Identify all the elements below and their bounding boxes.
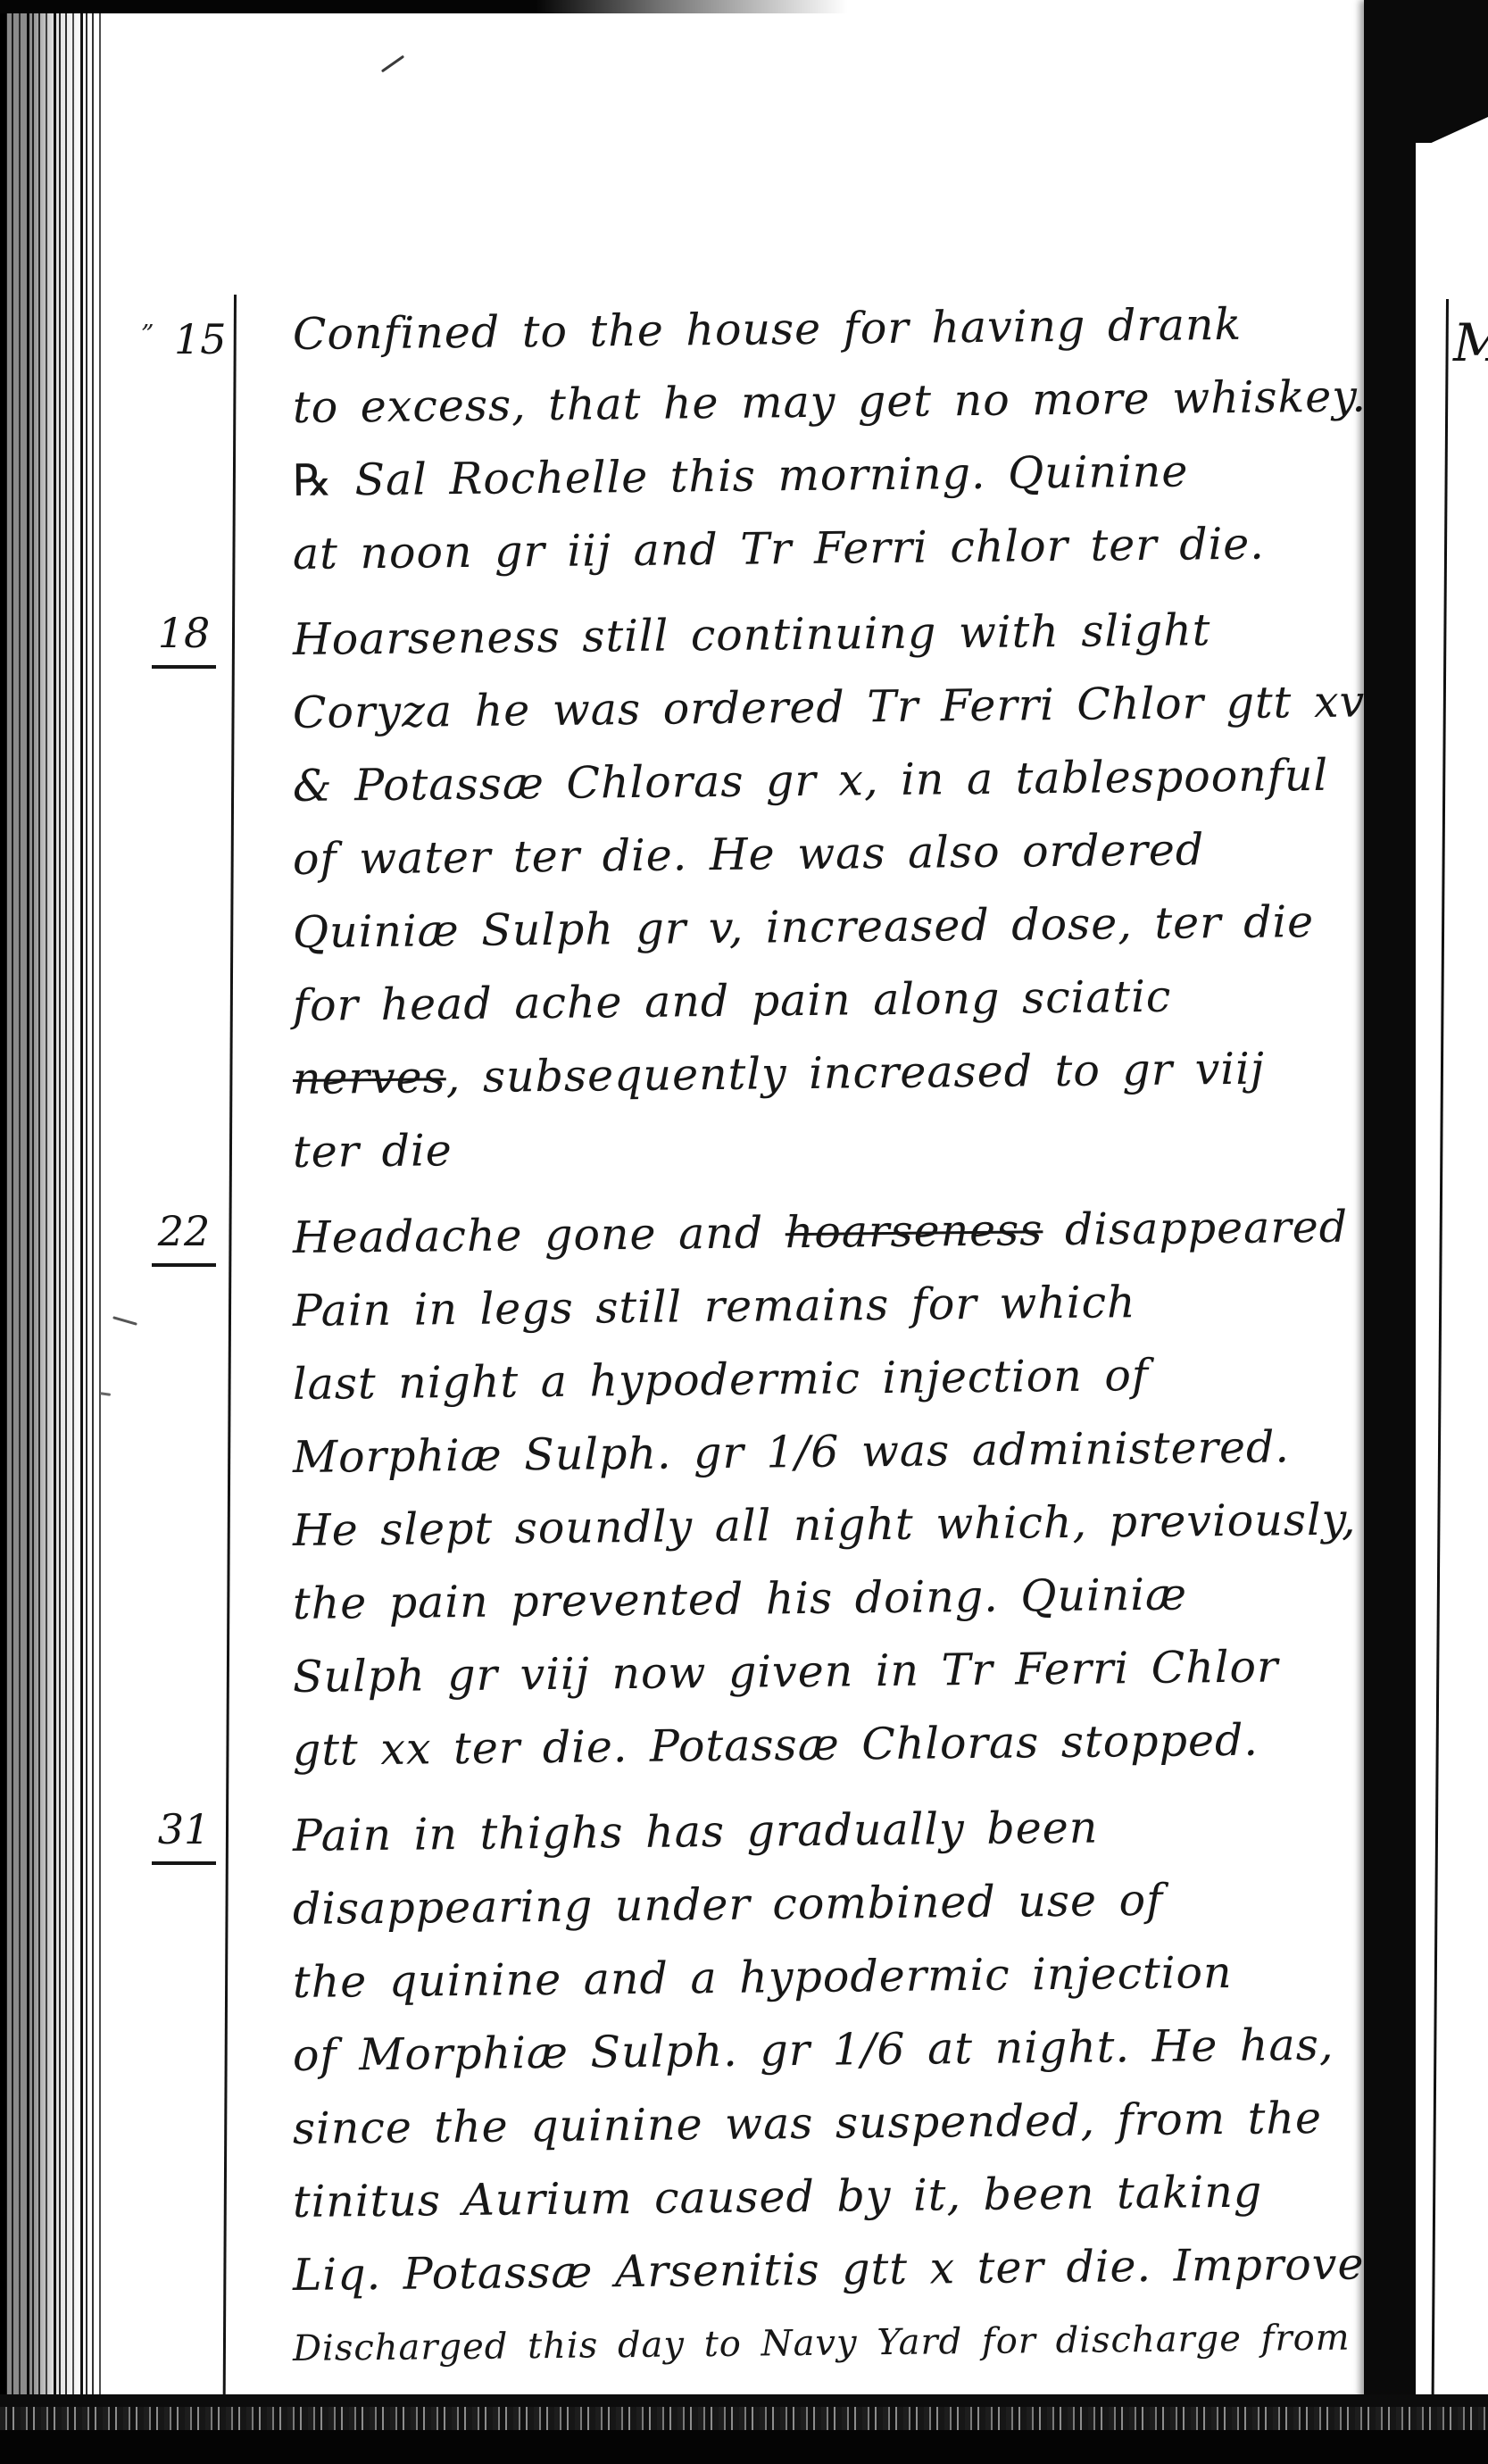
text-segment: & Potassæ Chloras gr x, in a tablespoonf… bbox=[293, 750, 1329, 812]
text-segment: the quinine and a hypodermic injection bbox=[293, 1947, 1233, 2008]
entry-lines: Pain in thighs has gradually beendisappe… bbox=[234, 1803, 1366, 2389]
entry-line: Discharged this day to Navy Yard for dis… bbox=[293, 2304, 1367, 2389]
entry-day-cell: 22 bbox=[134, 1205, 234, 1791]
entry-line: of Morphiæ Sulph. gr 1/6 at night. He ha… bbox=[293, 2011, 1367, 2096]
entry-line: He slept soundly all night which, previo… bbox=[293, 1486, 1367, 1571]
entry-line: nerves, subsequently increased to gr vii… bbox=[293, 1035, 1367, 1120]
top-right-scan-shadow bbox=[1416, 0, 1488, 150]
entry-line: Coryza he was ordered Tr Ferri Chlor gtt… bbox=[293, 669, 1367, 753]
text-segment: Pain in legs still remains for which bbox=[293, 1277, 1136, 1336]
text-segment: Morphiæ Sulph. gr 1/6 was administered. bbox=[293, 1421, 1291, 1483]
entry-day-cell: 31 bbox=[134, 1803, 234, 2389]
text-segment: ter die bbox=[293, 1125, 453, 1178]
struck-word: nerves bbox=[293, 1052, 446, 1104]
text-segment: gtt xx ter die. Potassæ Chloras stopped. bbox=[293, 1715, 1259, 1776]
entry-line: Pain in legs still remains for which bbox=[293, 1267, 1367, 1352]
struck-word: hoarseness bbox=[785, 1204, 1043, 1258]
text-segment: He slept soundly all night which, previo… bbox=[293, 1494, 1357, 1556]
entry-line: Pain in thighs has gradually been bbox=[293, 1792, 1367, 1877]
journal-entry: „15Confined to the house for having dran… bbox=[134, 302, 1366, 595]
bottom-edge-band bbox=[0, 2430, 1488, 2464]
text-segment: since the quinine was suspended, from th… bbox=[293, 2093, 1323, 2154]
entry-line: & Potassæ Chloras gr x, in a tablespoonf… bbox=[293, 742, 1367, 827]
entry-day-number: 22 bbox=[152, 1207, 217, 1267]
entry-line: Morphiæ Sulph. gr 1/6 was administered. bbox=[293, 1413, 1367, 1498]
scanned-journal-page: „15Confined to the house for having dran… bbox=[0, 0, 1488, 2464]
entry-line: Headache gone and hoarseness disappeared bbox=[293, 1194, 1367, 1278]
entry-line: Confined to the house for having drank bbox=[293, 290, 1367, 375]
ditto-mark: „ bbox=[141, 304, 154, 333]
entry-line: disappearing under combined use of bbox=[293, 1865, 1367, 1950]
entry-day-cell: 18 bbox=[134, 607, 234, 1193]
text-segment: last night a hypodermic injection of bbox=[293, 1350, 1150, 1410]
entry-lines: Hoarseness still continuing with slightC… bbox=[234, 607, 1366, 1193]
entry-line: of water ter die. He was also ordered bbox=[293, 815, 1367, 900]
entry-lines: Headache gone and hoarseness disappeared… bbox=[234, 1205, 1366, 1791]
entry-line: for head ache and pain along sciatic bbox=[293, 961, 1367, 1046]
text-segment: , subsequently increased to gr viij bbox=[445, 1044, 1265, 1103]
entry-line: tinitus Aurium caused by it, been taking bbox=[293, 2158, 1367, 2243]
text-segment: to excess, that he may get no more whisk… bbox=[293, 370, 1367, 433]
text-segment: of Morphiæ Sulph. gr 1/6 at night. He ha… bbox=[293, 2019, 1334, 2081]
bottom-scan-shadow bbox=[0, 2394, 1488, 2464]
entry-line: Sulph gr viij now given in Tr Ferri Chlo… bbox=[293, 1633, 1367, 1718]
entry-line: Liq. Potassæ Arsenitis gtt x ter die. Im… bbox=[293, 2231, 1367, 2316]
book-binding-edge bbox=[0, 0, 105, 2464]
next-page-fragment: Ma bbox=[1416, 143, 1488, 2464]
text-segment: Discharged this day to Navy Yard for dis… bbox=[293, 2316, 1488, 2369]
next-page-handwriting: Ma bbox=[1453, 312, 1488, 373]
entry-line: Hoarseness still continuing with slight bbox=[293, 595, 1367, 680]
text-segment: the pain prevented his doing. Quiniæ bbox=[293, 1569, 1188, 1629]
bottom-edge-texture bbox=[0, 2407, 1488, 2430]
text-segment: Coryza he was ordered Tr Ferri Chlor gtt… bbox=[293, 676, 1366, 738]
text-segment: Confined to the house for having drank bbox=[293, 299, 1243, 360]
entry-line: ter die bbox=[293, 1108, 1367, 1193]
text-segment: Sulph gr viij now given in Tr Ferri Chlo… bbox=[293, 1641, 1279, 1702]
text-segment: Quiniæ Sulph gr v, increased dose, ter d… bbox=[293, 896, 1315, 958]
text-segment: disappeared bbox=[1043, 1202, 1348, 1256]
bottom-edge-band bbox=[0, 2394, 1488, 2407]
entry-line: Quiniæ Sulph gr v, increased dose, ter d… bbox=[293, 888, 1367, 973]
entry-day-number: 31 bbox=[152, 1805, 217, 1865]
entry-lines: Confined to the house for having drankto… bbox=[234, 302, 1366, 595]
journal-entry: 31Pain in thighs has gradually beendisap… bbox=[134, 1803, 1366, 2389]
text-segment: disappearing under combined use of bbox=[293, 1875, 1164, 1935]
text-segment: Headache gone and bbox=[293, 1207, 786, 1263]
entry-day-number: 15 bbox=[174, 315, 227, 363]
entry-line: the pain prevented his doing. Quiniæ bbox=[293, 1560, 1367, 1644]
entry-line: gtt xx ter die. Potassæ Chloras stopped. bbox=[293, 1706, 1367, 1791]
entry-day-cell: „15 bbox=[134, 302, 234, 595]
top-scan-shadow bbox=[0, 0, 857, 13]
text-segment: Liq. Potassæ Arsenitis gtt x ter die. Im… bbox=[293, 2238, 1409, 2301]
stray-mark bbox=[381, 55, 404, 73]
journal-entry: 18Hoarseness still continuing with sligh… bbox=[134, 607, 1366, 1193]
entry-day-number: 18 bbox=[152, 609, 217, 669]
text-segment: Pain in thighs has gradually been bbox=[293, 1802, 1099, 1861]
entry-line: at noon gr iij and Tr Ferri chlor ter di… bbox=[293, 510, 1367, 595]
entry-line: ℞ Sal Rochelle this morning. Quinine bbox=[293, 437, 1367, 521]
text-segment: tinitus Aurium caused by it, been taking bbox=[293, 2167, 1263, 2227]
next-page-margin-rule bbox=[1431, 299, 1449, 2464]
text-segment: at noon gr iij and Tr Ferri chlor ter di… bbox=[293, 519, 1265, 579]
entry-line: the quinine and a hypodermic injection bbox=[293, 1938, 1367, 2023]
text-segment: of water ter die. He was also ordered bbox=[293, 824, 1205, 885]
page-gutter-shadow bbox=[1364, 0, 1416, 2464]
journal-entry: 22Headache gone and hoarseness disappear… bbox=[134, 1205, 1366, 1791]
text-segment: Hoarseness still continuing with slight bbox=[293, 604, 1211, 665]
entry-line: since the quinine was suspended, from th… bbox=[293, 2085, 1367, 2169]
entry-line: last night a hypodermic injection of bbox=[293, 1340, 1367, 1425]
text-segment: ℞ Sal Rochelle this morning. Quinine bbox=[293, 445, 1189, 506]
entries: „15Confined to the house for having dran… bbox=[134, 302, 1366, 2402]
entry-line: to excess, that he may get no more whisk… bbox=[293, 363, 1367, 448]
text-segment: for head ache and pain along sciatic bbox=[293, 971, 1172, 1031]
